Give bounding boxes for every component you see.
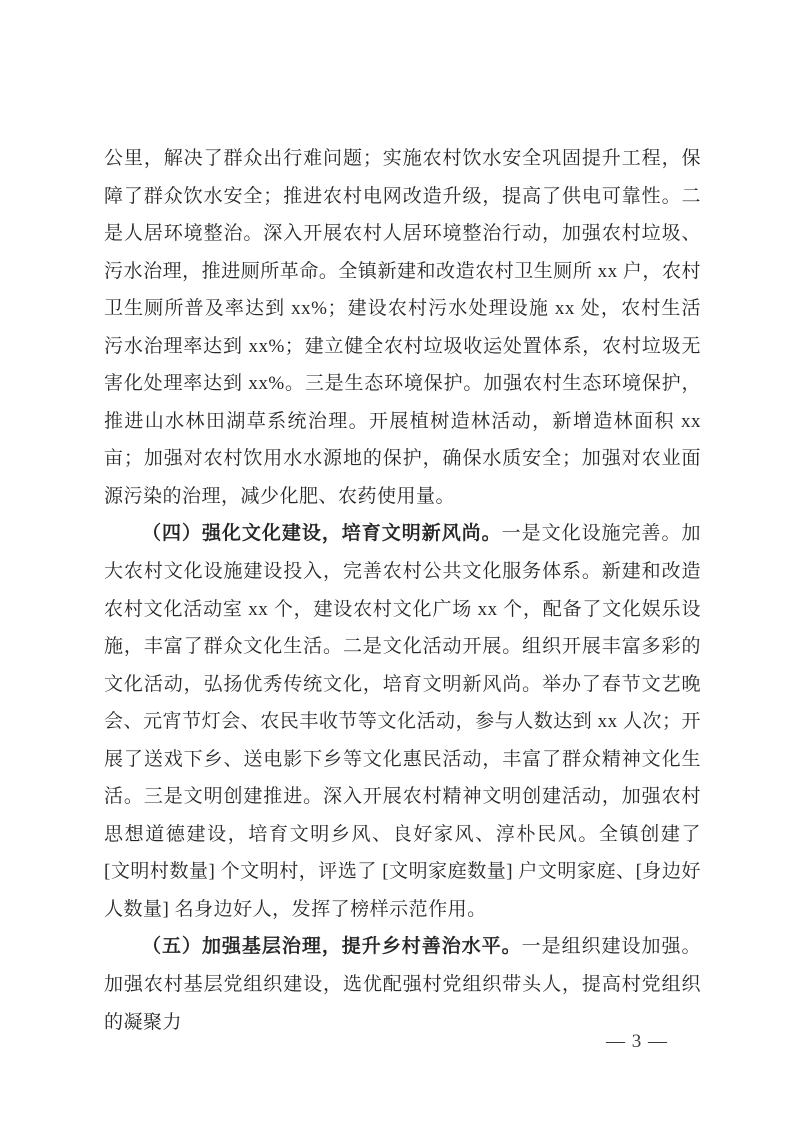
page-number: — 3 — xyxy=(606,1031,668,1053)
document-body: 公里，解决了群众出行难问题；实施农村饮水安全巩固提升工程，保障了群众饮水安全；推… xyxy=(104,140,701,1041)
body-paragraph: （四）强化文化建设，培育文明新风尚。一是文化设施完善。加大农村文化设施建设投入，… xyxy=(104,515,701,928)
document-page: 公里，解决了群众出行难问题；实施农村饮水安全巩固提升工程，保障了群众饮水安全；推… xyxy=(0,0,793,1122)
body-paragraph: 公里，解决了群众出行难问题；实施农村饮水安全巩固提升工程，保障了群众饮水安全；推… xyxy=(104,140,701,515)
text-run: 一是文化设施完善。加大农村文化设施建设投入，完善农村公共文化服务体系。新建和改造… xyxy=(104,523,701,919)
paragraph-heading-run: （五）加强基层治理，提升乡村善治水平。 xyxy=(142,936,522,957)
paragraph-heading-run: （四）强化文化建设，培育文明新风尚。 xyxy=(142,523,502,544)
text-run: 公里，解决了群众出行难问题；实施农村饮水安全巩固提升工程，保障了群众饮水安全；推… xyxy=(104,148,701,507)
body-paragraph: （五）加强基层治理，提升乡村善治水平。一是组织建设加强。加强农村基层党组织建设，… xyxy=(104,928,701,1041)
